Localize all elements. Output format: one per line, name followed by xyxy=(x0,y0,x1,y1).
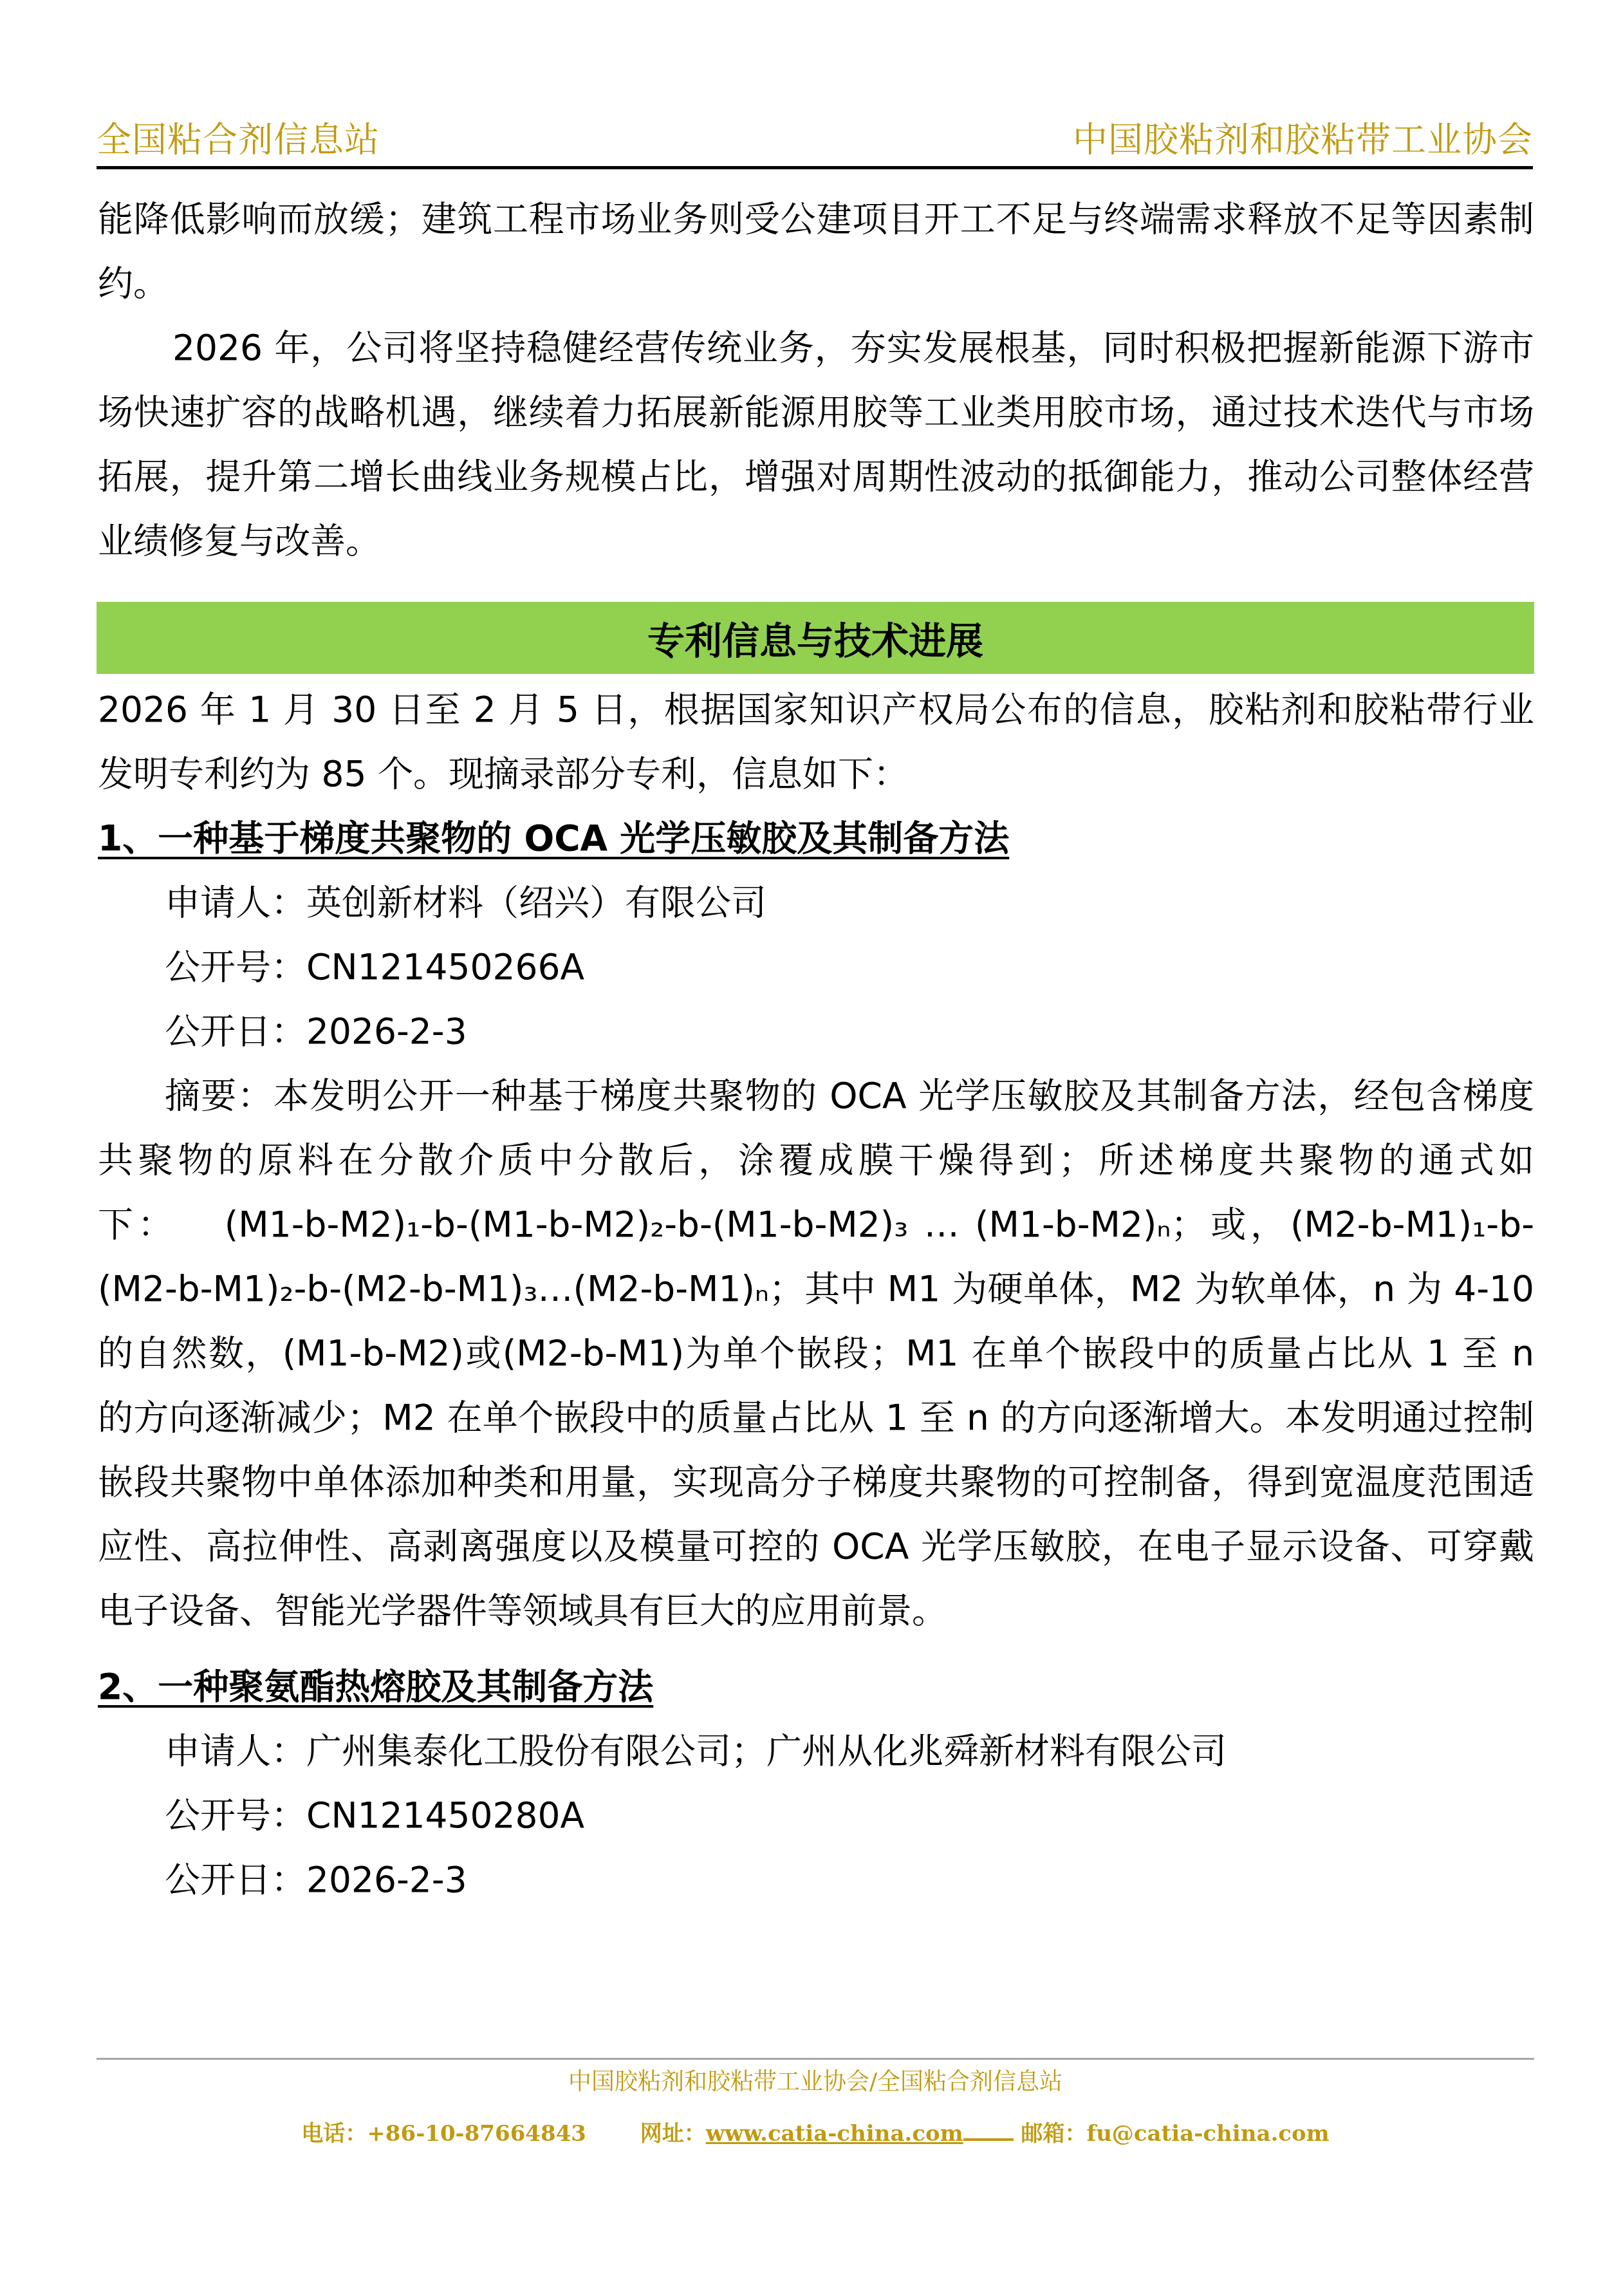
applicant-value: 广州集泰化工股份有限公司；广州从化兆舜新材料有限公司 xyxy=(306,1730,1227,1771)
pub-date-value: 2026-2-3 xyxy=(306,1011,467,1052)
footer-divider xyxy=(97,2058,1534,2060)
patent-2-pub-date: 公开日：2026-2-3 xyxy=(98,1847,1534,1912)
pub-no-label: 公开号： xyxy=(165,1795,306,1836)
outlook-paragraph: 2026 年，公司将坚持稳健经营传统业务，夯实发展根基，同时积极把握新能源下游市… xyxy=(98,315,1534,573)
website-link[interactable]: www.catia-china.com xyxy=(706,2121,963,2147)
pub-no-label: 公开号： xyxy=(165,946,306,987)
section-heading-bar: 专利信息与技术进展 xyxy=(97,602,1534,674)
pub-date-value: 2026-2-3 xyxy=(306,1859,467,1900)
applicant-label: 申请人： xyxy=(165,1730,306,1771)
section-title: 专利信息与技术进展 xyxy=(647,611,983,665)
intro-block: 能降低影响而放缓；建筑工程市场业务则受公建项目开工不足与终端需求释放不足等因素制… xyxy=(98,187,1534,573)
website-label: 网址： xyxy=(640,2121,706,2147)
header-right-association-name: 中国胶粘剂和胶粘带工业协会 xyxy=(1073,120,1533,166)
section-intro: 2026 年 1 月 30 日至 2 月 5 日，根据国家知识产权局公布的信息，… xyxy=(98,677,1534,806)
page-header: 全国粘合剂信息站 中国胶粘剂和胶粘带工业协会 xyxy=(97,115,1533,169)
footer-contact-line: 电话：+86-10-87664843 网址：www.catia-china.co… xyxy=(97,2118,1534,2150)
patents-block: 2026 年 1 月 30 日至 2 月 5 日，根据国家知识产权局公布的信息，… xyxy=(98,677,1534,1912)
patent-1-pub-no: 公开号：CN121450266A xyxy=(98,935,1534,999)
header-left-site-name: 全国粘合剂信息站 xyxy=(97,120,380,166)
pub-date-label: 公开日： xyxy=(165,1859,306,1900)
phone-label: 电话： xyxy=(301,2121,367,2147)
applicant-value: 英创新材料（绍兴）有限公司 xyxy=(306,882,766,923)
formula-1: (M1-b-M2)₁-b-(M1-b-M2)₂-b-(M1-b-M2)₃ … (… xyxy=(225,1204,1171,1245)
patent-1-pub-date: 公开日：2026-2-3 xyxy=(98,999,1534,1063)
abstract-part-2: ；其中 M1 为硬单体，M2 为软单体，n 为 4-10 的自然数，(M1-b-… xyxy=(98,1268,1534,1631)
email-label: 邮箱： xyxy=(1021,2121,1087,2147)
pub-date-label: 公开日： xyxy=(165,1011,306,1052)
formula-separator: ；或， xyxy=(1171,1204,1290,1245)
applicant-label: 申请人： xyxy=(165,882,306,923)
underline-filler xyxy=(963,2119,1014,2141)
patent-1-abstract: 摘要：本发明公开一种基于梯度共聚物的 OCA 光学压敏胶及其制备方法，经包含梯度… xyxy=(98,1063,1534,1643)
footer-org-line: 中国胶粘剂和胶粘带工业协会/全国粘合剂信息站 xyxy=(97,2066,1534,2098)
patent-2-title: 2、一种聚氨酯热熔胶及其制备方法 xyxy=(98,1654,1534,1719)
patent-2-pub-no: 公开号：CN121450280A xyxy=(98,1783,1534,1847)
email-value: fu@catia-china.com xyxy=(1087,2121,1330,2147)
patent-1-title: 1、一种基于梯度共聚物的 OCA 光学压敏胶及其制备方法 xyxy=(98,806,1534,870)
continued-paragraph: 能降低影响而放缓；建筑工程市场业务则受公建项目开工不足与终端需求释放不足等因素制… xyxy=(98,187,1534,315)
patent-2-applicant: 申请人：广州集泰化工股份有限公司；广州从化兆舜新材料有限公司 xyxy=(98,1719,1534,1783)
patent-1-applicant: 申请人：英创新材料（绍兴）有限公司 xyxy=(98,870,1534,935)
pub-no-value: CN121450266A xyxy=(306,946,584,987)
pub-no-value: CN121450280A xyxy=(306,1795,584,1836)
abstract-label: 摘要： xyxy=(165,1075,274,1116)
phone-value: +86-10-87664843 xyxy=(367,2121,586,2147)
